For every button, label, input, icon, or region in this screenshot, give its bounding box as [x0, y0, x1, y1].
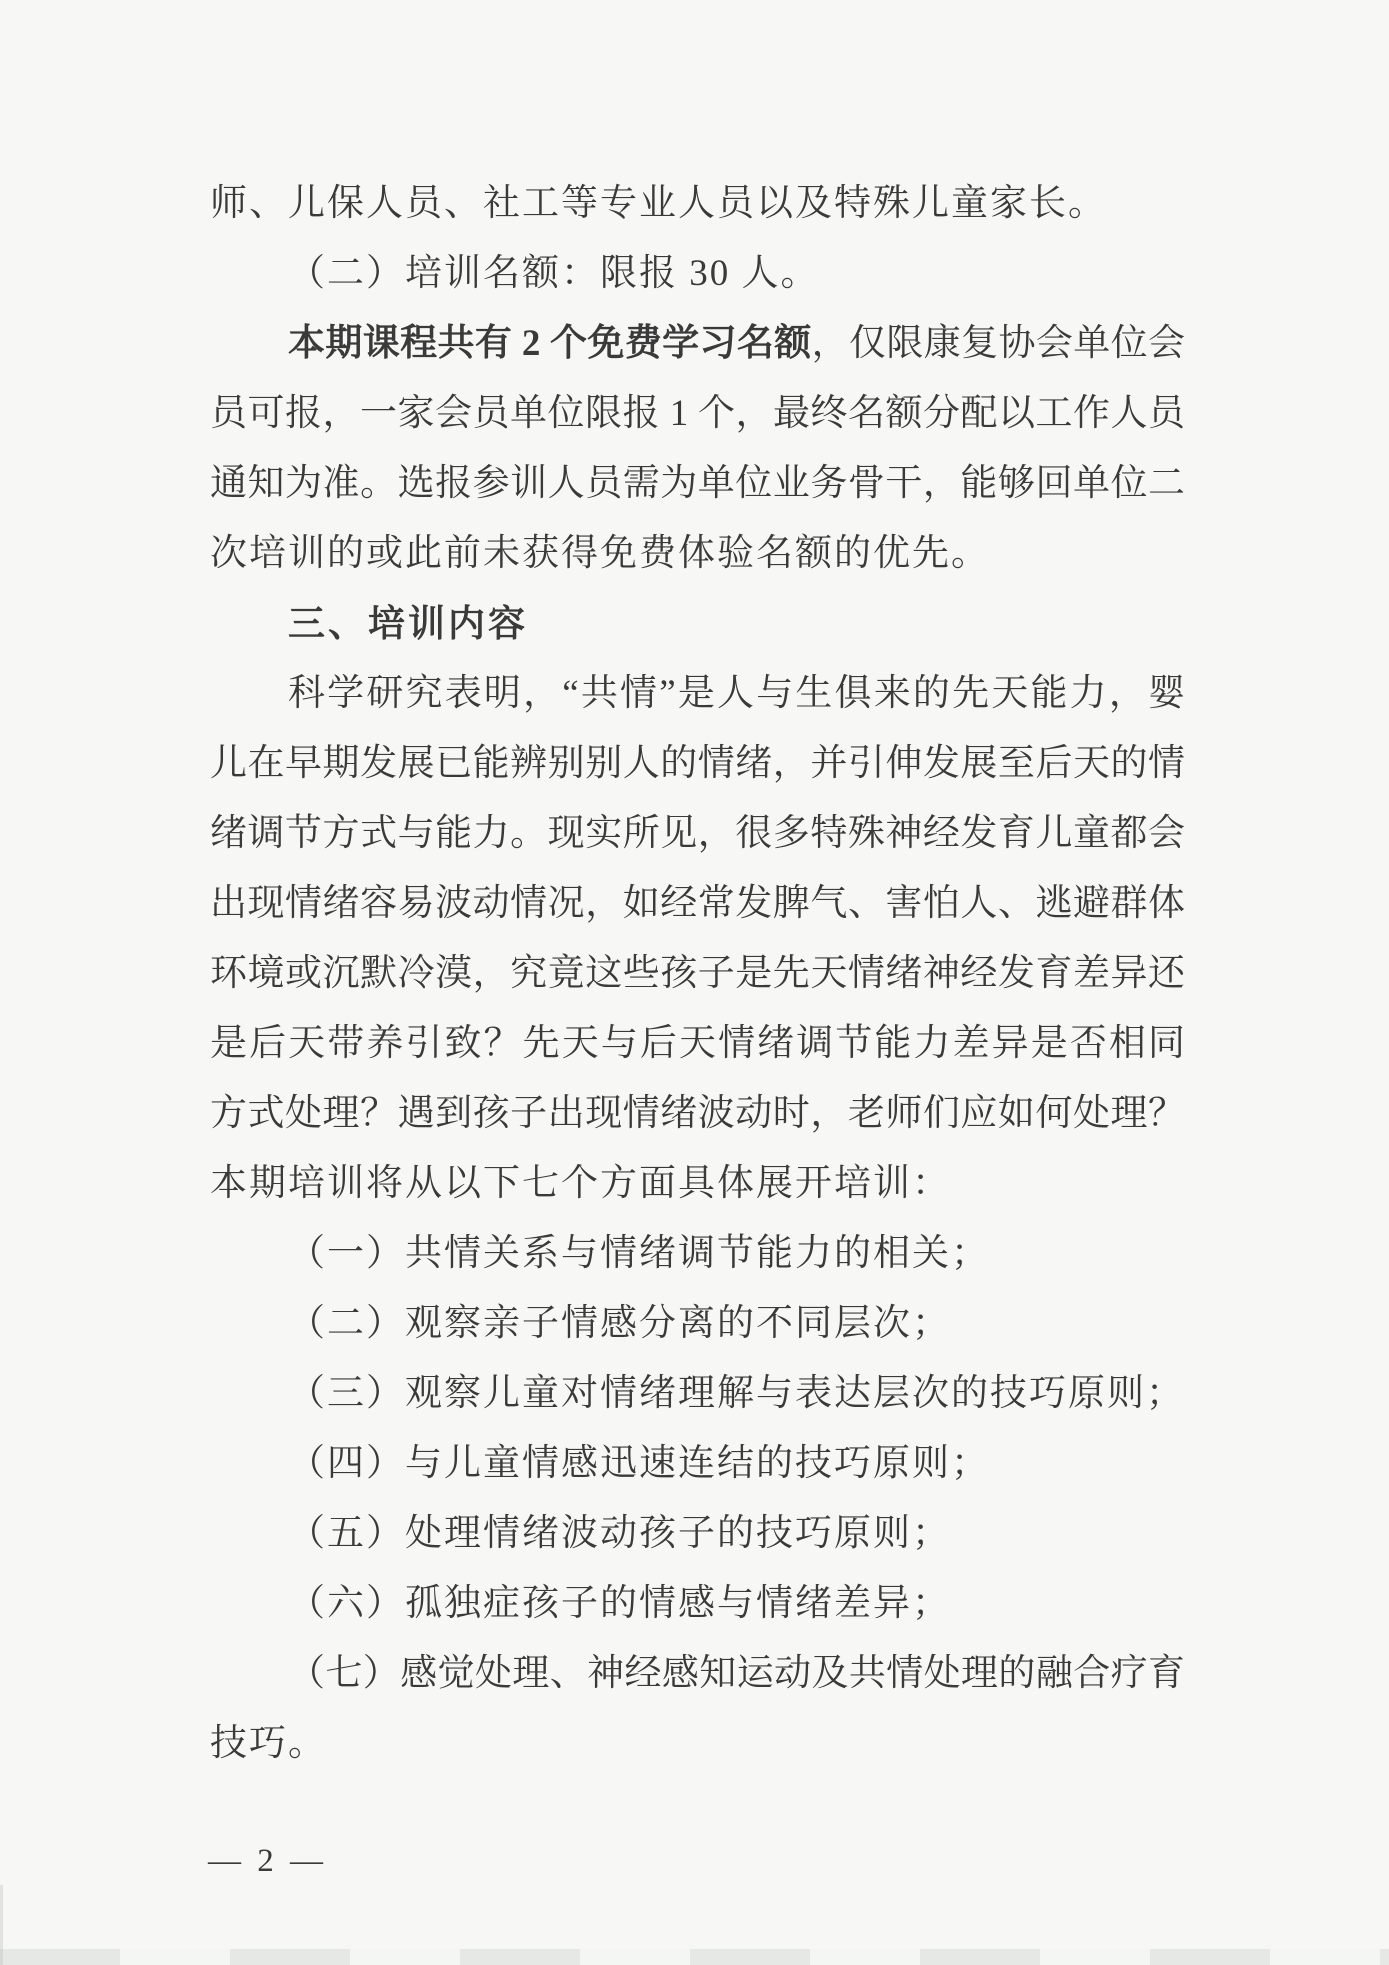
text-line: （二）培训名额：限报 30 人。 [210, 239, 1185, 309]
bold-text-run: 三、培训内容 [288, 603, 528, 644]
text-line: 儿在早期发展已能辨别别人的情绪，并引伸发展至后天的情 [210, 729, 1185, 799]
text-line: （五）处理情绪波动孩子的技巧原则； [210, 1499, 1185, 1569]
scan-artifact-strip [0, 1949, 1389, 1965]
text-run: （五）处理情绪波动孩子的技巧原则； [288, 1513, 951, 1554]
text-line: （一）共情关系与情绪调节能力的相关； [210, 1219, 1185, 1289]
scan-artifact-left-edge [0, 1885, 3, 1965]
text-run: 方式处理？遇到孩子出现情绪波动时，老师们应如何处理？ [210, 1093, 1185, 1134]
document-text: 师、儿保人员、社工等专业人员以及特殊儿童家长。（二）培训名额：限报 30 人。本… [210, 169, 1185, 1779]
text-line: 环境或沉默冷漠，究竟这些孩子是先天情绪神经发育差异还 [210, 939, 1185, 1009]
text-run: 环境或沉默冷漠，究竟这些孩子是先天情绪神经发育差异还 [210, 953, 1185, 994]
text-run: 次培训的或此前未获得免费体验名额的优先。 [210, 533, 990, 574]
text-run: （七）感觉处理、神经感知运动及共情处理的融合疗育 [288, 1653, 1185, 1694]
text-run: 儿在早期发展已能辨别别人的情绪，并引伸发展至后天的情 [210, 743, 1185, 784]
text-line: （七）感觉处理、神经感知运动及共情处理的融合疗育 [210, 1639, 1185, 1709]
text-run: （六）孤独症孩子的情感与情绪差异； [288, 1583, 951, 1624]
text-run: 是后天带养引致？先天与后天情绪调节能力差异是否相同 [210, 1023, 1185, 1064]
text-line: （四）与儿童情感迅速连结的技巧原则； [210, 1429, 1185, 1499]
text-line: 师、儿保人员、社工等专业人员以及特殊儿童家长。 [210, 169, 1185, 239]
text-line: 方式处理？遇到孩子出现情绪波动时，老师们应如何处理？ [210, 1079, 1185, 1149]
text-line: （三）观察儿童对情绪理解与表达层次的技巧原则； [210, 1359, 1185, 1429]
bold-text-run: 本期课程共有 2 个免费学习名额 [288, 323, 812, 364]
scanned-document-page: 师、儿保人员、社工等专业人员以及特殊儿童家长。（二）培训名额：限报 30 人。本… [0, 0, 1389, 1965]
text-line: 技巧。 [210, 1709, 1185, 1779]
text-line: 通知为准。选报参训人员需为单位业务骨干，能够回单位二 [210, 449, 1185, 519]
text-line: （二）观察亲子情感分离的不同层次； [210, 1289, 1185, 1359]
text-line: 出现情绪容易波动情况，如经常发脾气、害怕人、逃避群体 [210, 869, 1185, 939]
text-line: 绪调节方式与能力。现实所见，很多特殊神经发育儿童都会 [210, 799, 1185, 869]
section-heading: 三、培训内容 [210, 589, 1185, 659]
text-line: 科学研究表明，“共情”是人与生俱来的先天能力，婴 [210, 659, 1185, 729]
text-line: 次培训的或此前未获得免费体验名额的优先。 [210, 519, 1185, 589]
text-run: 科学研究表明，“共情”是人与生俱来的先天能力，婴 [288, 673, 1185, 714]
text-run: 技巧。 [210, 1723, 327, 1764]
text-run: （三）观察儿童对情绪理解与表达层次的技巧原则； [288, 1373, 1185, 1414]
page-number: — 2 — [208, 1843, 327, 1880]
text-line: 本期培训将从以下七个方面具体展开培训： [210, 1149, 1185, 1219]
text-run: （四）与儿童情感迅速连结的技巧原则； [288, 1443, 990, 1484]
text-run: 员可报，一家会员单位限报 1 个，最终名额分配以工作人员 [210, 393, 1185, 434]
text-run: 绪调节方式与能力。现实所见，很多特殊神经发育儿童都会 [210, 813, 1185, 854]
text-run: （一）共情关系与情绪调节能力的相关； [288, 1233, 990, 1274]
text-line: （六）孤独症孩子的情感与情绪差异； [210, 1569, 1185, 1639]
text-line: 本期课程共有 2 个免费学习名额，仅限康复协会单位会 [210, 309, 1185, 379]
text-line: 是后天带养引致？先天与后天情绪调节能力差异是否相同 [210, 1009, 1185, 1079]
text-line: 员可报，一家会员单位限报 1 个，最终名额分配以工作人员 [210, 379, 1185, 449]
text-run: （二）培训名额：限报 30 人。 [288, 253, 820, 294]
text-run: 通知为准。选报参训人员需为单位业务骨干，能够回单位二 [210, 463, 1185, 504]
text-run: 出现情绪容易波动情况，如经常发脾气、害怕人、逃避群体 [210, 883, 1185, 924]
text-run: 师、儿保人员、社工等专业人员以及特殊儿童家长。 [210, 183, 1107, 224]
text-run: （二）观察亲子情感分离的不同层次； [288, 1303, 951, 1344]
text-run: ，仅限康复协会单位会 [812, 323, 1185, 364]
text-run: 本期培训将从以下七个方面具体展开培训： [210, 1163, 951, 1204]
